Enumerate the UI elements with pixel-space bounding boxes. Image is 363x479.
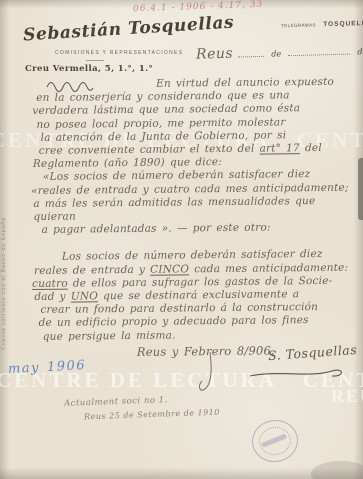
date-de: de bbox=[271, 49, 281, 58]
signature-flourish bbox=[248, 361, 352, 385]
telegram-value: TOSQUELLAS bbox=[323, 20, 363, 28]
letterhead-subtitle: COMISIONES Y REPRESENTACIONES bbox=[55, 50, 183, 56]
blue-date-annotation: may 1906 bbox=[8, 358, 87, 377]
letterhead-address: Creu Vermella, 5, 1.°, 1.° bbox=[25, 64, 153, 74]
date-city: Reus bbox=[196, 46, 233, 63]
archival-reference-note: 06.4.1 - 1906 - 4.17, 33 bbox=[133, 0, 264, 14]
signature-rubric-loop bbox=[196, 350, 222, 400]
letter-line: que persigue la misma. bbox=[43, 327, 361, 344]
date-dotted-rule bbox=[238, 47, 264, 58]
pencil-note-date: Reus 25 de Setembre de 1910 bbox=[84, 408, 220, 422]
letter-line: En virtud del anuncio expuesto bbox=[156, 76, 358, 91]
telegram-line: TELEGRAMAS TOSQUELLAS bbox=[281, 12, 363, 33]
letter-line: a más les serán admitidas las mensualida… bbox=[33, 194, 359, 224]
watermark-fragment: REUS bbox=[331, 386, 363, 407]
round-stamp bbox=[249, 417, 300, 465]
rubric-loop-icon bbox=[196, 350, 222, 396]
letter-body: En virtud del anuncio expuesto en la con… bbox=[30, 76, 361, 360]
telegram-label: TELEGRAMAS bbox=[281, 22, 316, 28]
date-de: de bbox=[357, 47, 363, 56]
letter-line: a pagar adelantadas ». — por este otro: bbox=[42, 221, 360, 238]
date-dotted-rule bbox=[288, 45, 350, 57]
letterhead-divider bbox=[86, 60, 104, 61]
pencil-note-membership: Actualment soci no 1. bbox=[64, 395, 168, 409]
printed-date-line: Reus de de 190 bbox=[196, 38, 363, 62]
letterhead-name: Sebastián Tosquellas bbox=[23, 13, 235, 46]
letterhead-side-note: Cuenta corriente con el Banco de España bbox=[1, 140, 7, 350]
scan-corner-shadow bbox=[311, 461, 363, 479]
signature-flourish-icon bbox=[248, 361, 352, 381]
scanned-letter-page: CENTRE DE LECTURACENTRE DE LECTURA CENTR… bbox=[0, 0, 363, 479]
